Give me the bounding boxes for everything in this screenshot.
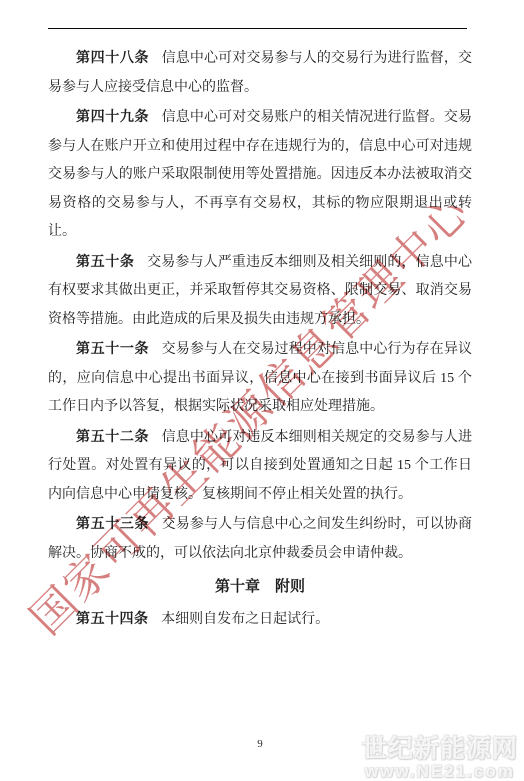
article-paragraph: 第五十四条本细则自发布之日起试行。 (48, 604, 472, 635)
document-body: 第四十八条信息中心可对交易参与人的交易行为进行监督，交易参与人应接受信息中心的监… (48, 43, 472, 634)
article-number: 第四十八条 (76, 49, 149, 65)
article-number: 第五十二条 (76, 428, 149, 444)
article-text: 信息中心可对交易账户的相关情况进行监督。交易参与人在账户开立和使用过程中存在违规… (48, 110, 472, 239)
site-watermark-name: 世纪新能源网 (362, 737, 518, 762)
header-rule (48, 28, 467, 29)
article-paragraph: 第五十一条交易参与人在交易过程中对信息中心行为存在异议的，应向信息中心提出书面异… (48, 334, 472, 422)
article-number: 第五十三条 (76, 515, 149, 531)
article-paragraph: 第五十三条交易参与人与信息中心之间发生纠纷时，可以协商解决。协商不成的，可以依法… (48, 509, 472, 568)
articles-section: 第四十八条信息中心可对交易参与人的交易行为进行监督，交易参与人应接受信息中心的监… (48, 43, 472, 568)
closing-articles-section: 第五十四条本细则自发布之日起试行。 (48, 604, 472, 635)
article-paragraph: 第四十九条信息中心可对交易账户的相关情况进行监督。交易参与人在账户开立和使用过程… (48, 102, 472, 247)
article-number: 第五十四条 (76, 610, 149, 626)
article-number: 第五十条 (76, 253, 135, 269)
site-watermark-url: www.NE21.com (362, 763, 518, 780)
article-paragraph: 第四十八条信息中心可对交易参与人的交易行为进行监督，交易参与人应接受信息中心的监… (48, 43, 472, 102)
article-number: 第四十九条 (76, 108, 149, 124)
article-number: 第五十一条 (76, 340, 149, 356)
article-paragraph: 第五十条交易参与人严重违反本细则及相关细则的，信息中心有权要求其做出更正，并采取… (48, 247, 472, 335)
document-page: 第四十八条信息中心可对交易参与人的交易行为进行监督，交易参与人应接受信息中心的监… (0, 0, 524, 781)
article-text: 本细则自发布之日起试行。 (161, 612, 329, 627)
site-watermark: 世纪新能源网 www.NE21.com (362, 737, 518, 780)
chapter-heading: 第十章 附则 (48, 573, 472, 602)
article-paragraph: 第五十二条信息中心可对违反本细则相关规定的交易参与人进行处置。对处置有异议的，可… (48, 422, 472, 510)
